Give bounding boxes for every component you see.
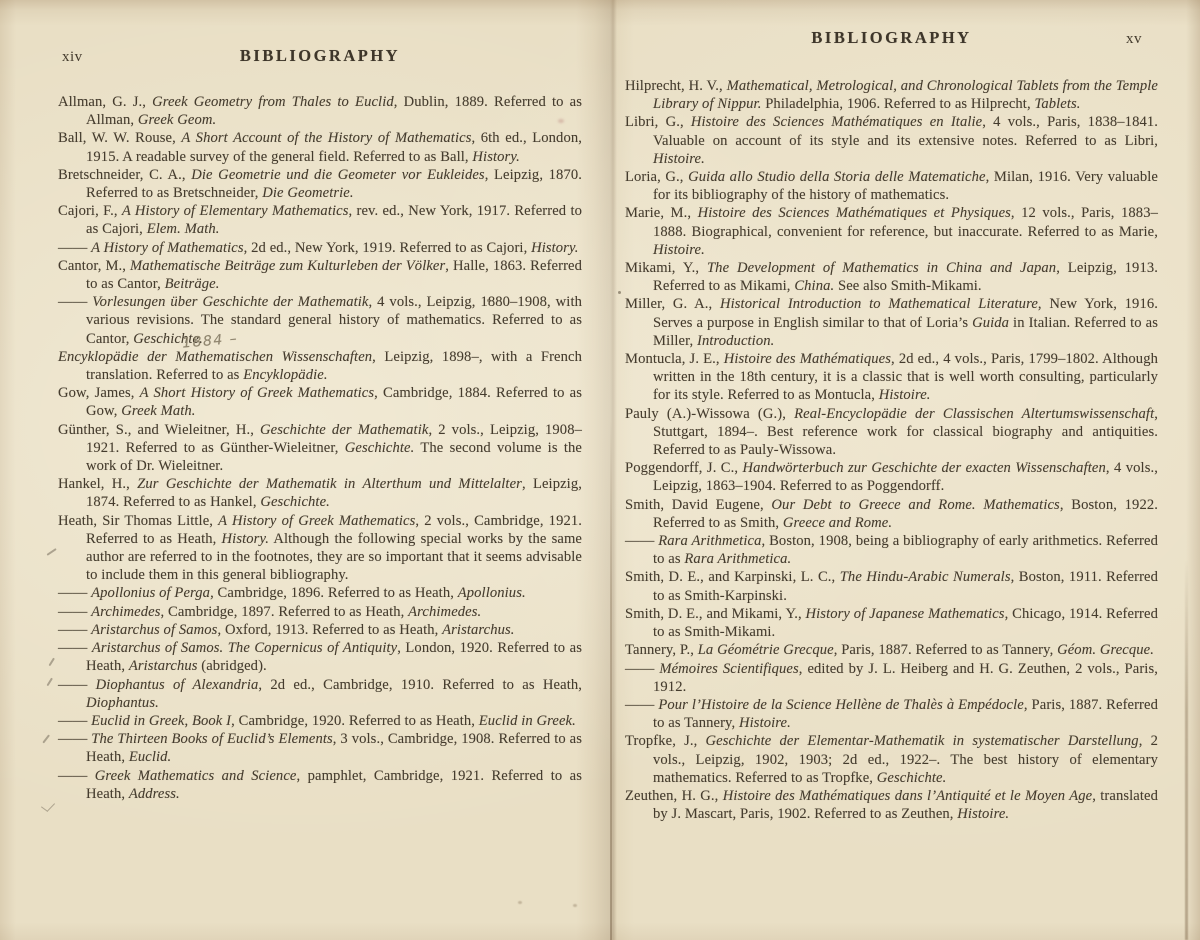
- page-header-left: xiv BIBLIOGRAPHY: [58, 46, 582, 68]
- entry-text: ——: [58, 604, 91, 620]
- entry-text: Smith, D. E., and Karpinski, L. C.,: [625, 569, 840, 585]
- entry-title-italic: Géom. Grecque.: [1057, 642, 1154, 658]
- entry-title-italic: Greek Mathematics and Science: [95, 768, 297, 784]
- bib-entry: —— Aristarchus of Samos, Oxford, 1913. R…: [58, 621, 582, 639]
- entry-title-italic: Aristarchus: [129, 658, 198, 674]
- bib-entry: Hankel, H., Zur Geschichte der Mathemati…: [58, 475, 582, 511]
- entry-text: See also Smith-Mikami.: [834, 278, 981, 294]
- entry-title-italic: Die Geometrie.: [262, 185, 353, 201]
- entry-title-italic: La Géométrie Grecque: [698, 642, 834, 658]
- entry-title-italic: Apollonius of Perga: [91, 585, 210, 601]
- entry-text: , 2d ed., Cambridge, 1910. Referred to a…: [258, 677, 582, 693]
- entry-title-italic: Address.: [129, 786, 180, 802]
- entry-text: Cajori, F.,: [58, 203, 122, 219]
- pencil-mark: [41, 799, 55, 812]
- entry-title-italic: Beiträge.: [165, 276, 220, 292]
- entry-text: Pauly (A.)-Wissowa (G.),: [625, 406, 794, 422]
- entry-text: Bretschneider, C. A.,: [58, 167, 191, 183]
- entry-title-italic: Aristarchus of Samos: [91, 622, 217, 638]
- entry-title-italic: Introduction.: [697, 333, 774, 349]
- entry-title-italic: The Development of Mathematics in China …: [707, 260, 1056, 276]
- entry-title-italic: Histoire des Mathématiques dans l’Antiqu…: [723, 788, 1092, 804]
- bib-entry: Tannery, P., La Géométrie Grecque, Paris…: [625, 641, 1158, 659]
- entry-title-italic: Histoire.: [653, 242, 705, 258]
- bib-entry: —— Pour l’Histoire de la Science Hellène…: [625, 696, 1158, 732]
- entry-title-italic: Handwörterbuch zur Geschichte der exacte…: [743, 460, 1106, 476]
- entry-title-italic: Histoire des Mathématiques: [724, 351, 891, 367]
- entry-text: ——: [625, 533, 658, 549]
- entry-title-italic: A History of Greek Mathematics: [218, 513, 415, 529]
- bib-entry: Hilprecht, H. V., Mathematical, Metrolog…: [625, 77, 1158, 113]
- entry-title-italic: Vorlesungen über Geschichte der Mathemat…: [92, 294, 368, 310]
- bib-entry: Pauly (A.)-Wissowa (G.), Real-Encyclopäd…: [625, 405, 1158, 460]
- entry-title-italic: Rara Arithmetica: [658, 533, 761, 549]
- entry-title-italic: Zur Geschichte der Mathematik in Alterth…: [137, 476, 522, 492]
- page-right: BIBLIOGRAPHY xv Hilprecht, H. V., Mathem…: [625, 28, 1158, 823]
- bib-entry: —— Vorlesungen über Geschichte der Mathe…: [58, 293, 582, 348]
- entry-title-italic: Geschichte.: [877, 770, 947, 786]
- page-title-left: BIBLIOGRAPHY: [58, 46, 582, 66]
- entry-title-italic: Aristarchus.: [442, 622, 514, 638]
- entry-text: Smith, D. E., and Mikami, Y.,: [625, 606, 806, 622]
- entry-text: ——: [58, 640, 92, 656]
- entry-text: ——: [58, 294, 92, 310]
- entry-title-italic: Archimedes: [91, 604, 160, 620]
- bib-entry: —— A History of Mathematics, 2d ed., New…: [58, 239, 582, 257]
- entry-title-italic: Aristarchus of Samos. The Copernicus of …: [92, 640, 397, 656]
- pencil-mark: [46, 548, 56, 555]
- entry-title-italic: Greek Geometry from Thales to Euclid: [152, 94, 394, 110]
- entry-text: Loria, G.,: [625, 169, 688, 185]
- entry-title-italic: Geschichte.: [345, 440, 415, 456]
- pencil-mark: [46, 678, 52, 686]
- entry-title-italic: Pour l’Histoire de la Science Hellène de…: [658, 697, 1024, 713]
- bib-entry: Cantor, M., Mathematische Beiträge zum K…: [58, 257, 582, 293]
- entry-text: Mikami, Y.,: [625, 260, 707, 276]
- entry-text: ——: [58, 713, 91, 729]
- entry-title-italic: Greek Math.: [121, 403, 195, 419]
- pencil-mark: [48, 658, 54, 666]
- entry-title-italic: Geschichte der Elementar-Mathematik in s…: [706, 733, 1139, 749]
- entry-text: Allman, G. J.,: [58, 94, 152, 110]
- bib-entry: Smith, D. E., and Karpinski, L. C., The …: [625, 568, 1158, 604]
- entry-title-italic: Archimedes.: [408, 604, 481, 620]
- entry-text: Heath, Sir Thomas Little,: [58, 513, 218, 529]
- entry-title-italic: Guida allo Studio della Storia delle Mat…: [688, 169, 985, 185]
- entry-title-italic: Diophantus.: [86, 695, 159, 711]
- entry-text: Hilprecht, H. V.,: [625, 78, 727, 94]
- entry-title-italic: Our Debt to Greece and Rome. Mathematics: [771, 497, 1059, 513]
- entry-text: Marie, M.,: [625, 205, 698, 221]
- bib-entry: —— Greek Mathematics and Science, pamphl…: [58, 767, 582, 803]
- entry-title-italic: Greece and Rome.: [783, 515, 892, 531]
- entry-text: Philadelphia, 1906. Referred to as Hilpr…: [761, 96, 1034, 112]
- bib-entry: Smith, D. E., and Mikami, Y., History of…: [625, 605, 1158, 641]
- entry-title-italic: Elem. Math.: [147, 221, 220, 237]
- handwritten-annotation: 1884 –: [209, 329, 239, 350]
- bib-entry: Miller, G. A., Historical Introduction t…: [625, 295, 1158, 350]
- entry-text: , Oxford, 1913. Referred to as Heath,: [217, 622, 442, 638]
- entry-title-italic: Encyklopädie.: [243, 367, 327, 383]
- entry-title-italic: A History of Mathematics: [91, 240, 244, 256]
- bib-entry: Gow, James, A Short History of Greek Mat…: [58, 384, 582, 420]
- entry-title-italic: Historical Introduction to Mathematical …: [720, 296, 1038, 312]
- bib-entry: Libri, G., Histoire des Sciences Mathéma…: [625, 113, 1158, 168]
- entry-title-italic: Histoire des Sciences Mathématiques et P…: [698, 205, 1011, 221]
- entry-title-italic: Euclid in Greek: [91, 713, 184, 729]
- entry-title-italic: Greek Geom.: [138, 112, 216, 128]
- entry-text: ——: [625, 661, 659, 677]
- entry-title-italic: Real-Encyclopädie der Classischen Altert…: [794, 406, 1154, 422]
- entry-text: Tropfke, J.,: [625, 733, 706, 749]
- entry-title-italic: Rara Arithmetica.: [684, 551, 791, 567]
- entry-text: , 2d ed., New York, 1919. Referred to as…: [244, 240, 531, 256]
- entry-title-italic: Histoire.: [653, 151, 705, 167]
- entry-text: Miller, G. A.,: [625, 296, 720, 312]
- bib-entry: Montucla, J. E., Histoire des Mathématiq…: [625, 350, 1158, 405]
- entry-text: ——: [58, 731, 91, 747]
- entry-text: ——: [58, 622, 91, 638]
- entry-text: Smith, David Eugene,: [625, 497, 771, 513]
- entry-title-italic: Apollonius.: [458, 585, 526, 601]
- entry-text: Cantor, M.,: [58, 258, 130, 274]
- bib-entry: Encyklopädie der Mathematischen Wissensc…: [58, 348, 582, 384]
- bib-entry: Smith, David Eugene, Our Debt to Greece …: [625, 496, 1158, 532]
- entry-text: , Cambridge, 1896. Referred to as Heath,: [210, 585, 458, 601]
- entry-title-italic: Tablets.: [1034, 96, 1080, 112]
- gutter-shadow: [610, 420, 612, 940]
- entry-title-italic: Euclid.: [129, 749, 171, 765]
- paper-speck: [518, 901, 522, 904]
- entry-title-italic: Euclid in Greek.: [479, 713, 576, 729]
- page-header-right: BIBLIOGRAPHY xv: [625, 28, 1158, 50]
- bib-entry: —— Mémoires Scientifiques, edited by J. …: [625, 660, 1158, 696]
- paper-speck: [558, 119, 564, 123]
- bib-entry: —— Archimedes, Cambridge, 1897. Referred…: [58, 603, 582, 621]
- page-number-left: xiv: [62, 49, 83, 66]
- page-edge-shadow: [1185, 560, 1188, 940]
- bib-entry: —— Apollonius of Perga, Cambridge, 1896.…: [58, 584, 582, 602]
- bib-entry: Mikami, Y., The Development of Mathemati…: [625, 259, 1158, 295]
- bib-entry: Marie, M., Histoire des Sciences Mathéma…: [625, 204, 1158, 259]
- bib-entry: —— The Thirteen Books of Euclid’s Elemen…: [58, 730, 582, 766]
- entries-left: Allman, G. J., Greek Geometry from Thale…: [58, 93, 582, 803]
- entry-title-italic: History.: [222, 531, 269, 547]
- entry-title-italic: A Short Account of the History of Mathem…: [181, 130, 471, 146]
- bib-entry: Cajori, F., A History of Elementary Math…: [58, 202, 582, 238]
- entry-title-italic: Diophantus of Alexandria: [96, 677, 259, 693]
- entry-text: ——: [58, 677, 96, 693]
- entry-title-italic: A Short History of Greek Mathematics: [140, 385, 375, 401]
- entry-text: Hankel, H.,: [58, 476, 137, 492]
- entry-title-italic: Histoire des Sciences Mathématiques en I…: [691, 114, 982, 130]
- page-left: xiv BIBLIOGRAPHY Allman, G. J., Greek Ge…: [58, 46, 582, 803]
- entry-title-italic: History.: [472, 149, 519, 165]
- entry-title-italic: China.: [794, 278, 834, 294]
- entry-text: , Paris, 1887. Referred to as Tannery,: [834, 642, 1057, 658]
- bib-entry: Heath, Sir Thomas Little, A History of G…: [58, 512, 582, 585]
- bib-entry: —— Aristarchus of Samos. The Copernicus …: [58, 639, 582, 675]
- entry-title-italic: The Hindu-Arabic Numerals: [840, 569, 1011, 585]
- pencil-mark: [42, 734, 49, 743]
- entry-text: Zeuthen, H. G.,: [625, 788, 723, 804]
- bib-entry: Ball, W. W. Rouse, A Short Account of th…: [58, 129, 582, 165]
- entry-text: ,: [185, 713, 193, 729]
- entry-text: Libri, G.,: [625, 114, 691, 130]
- entry-text: , Cambridge, 1920. Referred to as Heath,: [231, 713, 479, 729]
- bib-entry: Günther, S., and Wieleitner, H., Geschic…: [58, 421, 582, 476]
- entry-text: Ball, W. W. Rouse,: [58, 130, 181, 146]
- entry-title-italic: A History of Elementary Mathematics: [122, 203, 349, 219]
- entry-text: Poggendorff, J. C.,: [625, 460, 743, 476]
- entry-text: , Cambridge, 1897. Referred to as Heath,: [161, 604, 409, 620]
- entry-title-italic: Geschichte der Mathematik: [260, 422, 428, 438]
- entry-text: Günther, S., and Wieleitner, H.,: [58, 422, 260, 438]
- entry-text: ——: [625, 697, 658, 713]
- entry-title-italic: Histoire.: [739, 715, 791, 731]
- entry-title-italic: Histoire.: [879, 387, 931, 403]
- entry-text: Tannery, P.,: [625, 642, 698, 658]
- paper-speck: [487, 299, 490, 302]
- book-spread-scan: xiv BIBLIOGRAPHY Allman, G. J., Greek Ge…: [0, 0, 1200, 940]
- entries-right: Hilprecht, H. V., Mathematical, Metrolog…: [625, 77, 1158, 823]
- entry-title-italic: Geschichte.: [260, 494, 330, 510]
- entry-title-italic: History.: [531, 240, 578, 256]
- entry-text: ——: [58, 585, 91, 601]
- entry-title-italic: History of Japanese Mathematics: [806, 606, 1005, 622]
- entry-title-italic: Encyklopädie der Mathematischen Wissensc…: [58, 349, 372, 365]
- entry-text: ——: [58, 768, 95, 784]
- bib-entry: Poggendorff, J. C., Handwörterbuch zur G…: [625, 459, 1158, 495]
- bib-entry: Zeuthen, H. G., Histoire des Mathématiqu…: [625, 787, 1158, 823]
- entry-title-italic: Mémoires Scientifiques: [659, 661, 798, 677]
- entry-title-italic: Mathematische Beiträge zum Kulturleben d…: [130, 258, 445, 274]
- entry-title-italic: Book I: [192, 713, 231, 729]
- bib-entry: Allman, G. J., Greek Geometry from Thale…: [58, 93, 582, 129]
- entry-title-italic: The Thirteen Books of Euclid’s Elements: [91, 731, 332, 747]
- entry-text: ——: [58, 240, 91, 256]
- bib-entry: —— Euclid in Greek, Book I, Cambridge, 1…: [58, 712, 582, 730]
- entry-title-italic: Die Geometrie und die Geometer vor Eukle…: [191, 167, 484, 183]
- bib-entry: —— Diophantus of Alexandria, 2d ed., Cam…: [58, 676, 582, 712]
- paper-speck: [573, 904, 577, 907]
- bib-entry: Loria, G., Guida allo Studio della Stori…: [625, 168, 1158, 204]
- bib-entry: —— Rara Arithmetica, Boston, 1908, being…: [625, 532, 1158, 568]
- entry-title-italic: Guida: [972, 315, 1009, 331]
- entry-text: Gow, James,: [58, 385, 140, 401]
- bib-entry: Tropfke, J., Geschichte der Elementar-Ma…: [625, 732, 1158, 787]
- paper-speck: [618, 291, 621, 294]
- page-title-right: BIBLIOGRAPHY: [625, 28, 1158, 48]
- entry-text: (abridged).: [198, 658, 267, 674]
- page-number-right: xv: [1126, 31, 1142, 48]
- entry-title-italic: Histoire.: [957, 806, 1009, 822]
- bib-entry: Bretschneider, C. A., Die Geometrie und …: [58, 166, 582, 202]
- entry-text: Montucla, J. E.,: [625, 351, 724, 367]
